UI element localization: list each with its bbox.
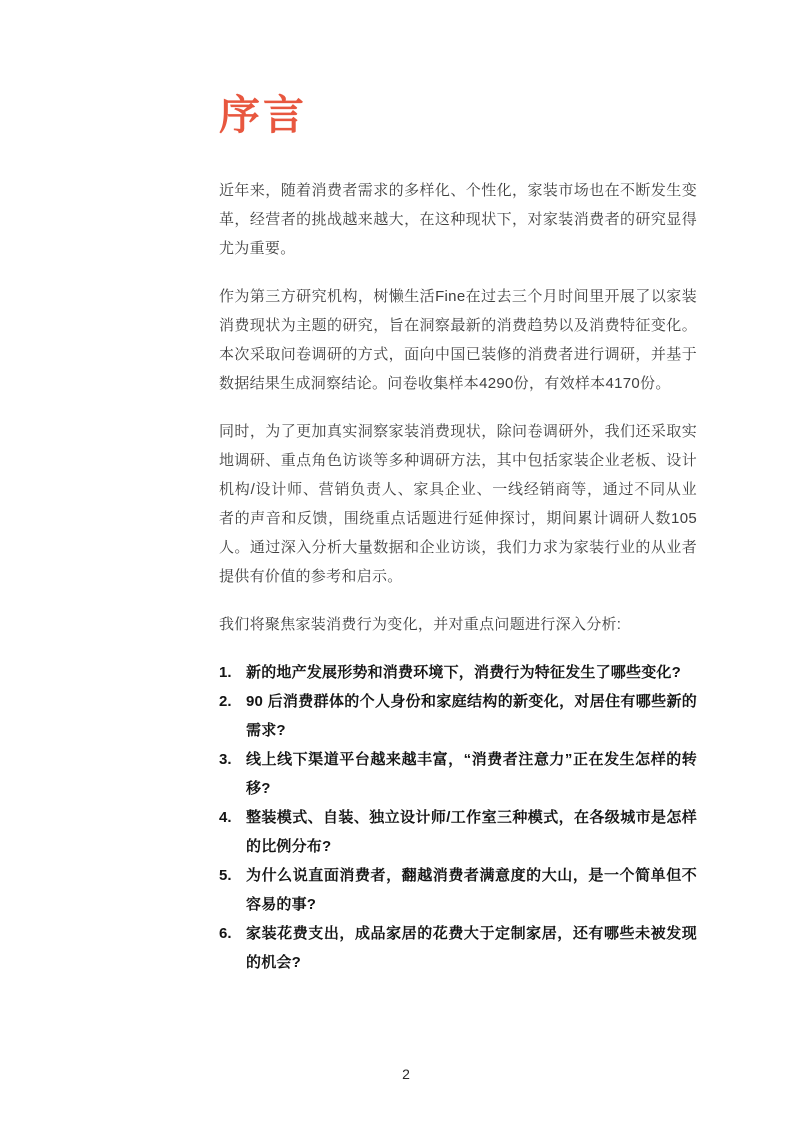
list-item-number: 6.	[219, 919, 246, 977]
page-content: 序言 近年来，随着消费者需求的多样化、个性化，家装市场也在不断发生变革，经营者的…	[219, 92, 697, 977]
page-number: 2	[0, 1066, 812, 1082]
list-item: 6. 家装花费支出，成品家居的花费大于定制家居，还有哪些未被发现的机会?	[219, 919, 697, 977]
question-list: 1. 新的地产发展形势和消费环境下，消费行为特征发生了哪些变化? 2. 90 后…	[219, 658, 697, 977]
page-title: 序言	[219, 92, 697, 138]
list-item: 1. 新的地产发展形势和消费环境下，消费行为特征发生了哪些变化?	[219, 658, 697, 687]
list-item: 5. 为什么说直面消费者，翻越消费者满意度的大山，是一个简单但不容易的事?	[219, 861, 697, 919]
list-item-number: 2.	[219, 687, 246, 745]
list-lead-in: 我们将聚焦家装消费行为变化，并对重点问题进行深入分析:	[219, 610, 697, 639]
document-page: 序言 近年来，随着消费者需求的多样化、个性化，家装市场也在不断发生变革，经营者的…	[0, 0, 812, 1122]
list-item-text: 90 后消费群体的个人身份和家庭结构的新变化，对居住有哪些新的需求?	[246, 687, 697, 745]
list-item-text: 整装模式、自装、独立设计师/工作室三种模式，在各级城市是怎样的比例分布?	[246, 803, 697, 861]
list-item-number: 4.	[219, 803, 246, 861]
list-item: 2. 90 后消费群体的个人身份和家庭结构的新变化，对居住有哪些新的需求?	[219, 687, 697, 745]
intro-paragraph-2: 作为第三方研究机构，树懒生活Fine在过去三个月时间里开展了以家装消费现状为主题…	[219, 282, 697, 398]
list-item-text: 家装花费支出，成品家居的花费大于定制家居，还有哪些未被发现的机会?	[246, 919, 697, 977]
list-item: 4. 整装模式、自装、独立设计师/工作室三种模式，在各级城市是怎样的比例分布?	[219, 803, 697, 861]
intro-paragraph-1: 近年来，随着消费者需求的多样化、个性化，家装市场也在不断发生变革，经营者的挑战越…	[219, 176, 697, 263]
list-item-number: 3.	[219, 745, 246, 803]
intro-paragraph-3: 同时，为了更加真实洞察家装消费现状，除问卷调研外，我们还采取实地调研、重点角色访…	[219, 417, 697, 591]
list-item-text: 新的地产发展形势和消费环境下，消费行为特征发生了哪些变化?	[246, 658, 697, 687]
list-item-number: 5.	[219, 861, 246, 919]
list-item-number: 1.	[219, 658, 246, 687]
list-item-text: 为什么说直面消费者，翻越消费者满意度的大山，是一个简单但不容易的事?	[246, 861, 697, 919]
list-item-text: 线上线下渠道平台越来越丰富，“消费者注意力”正在发生怎样的转移?	[246, 745, 697, 803]
list-item: 3. 线上线下渠道平台越来越丰富，“消费者注意力”正在发生怎样的转移?	[219, 745, 697, 803]
